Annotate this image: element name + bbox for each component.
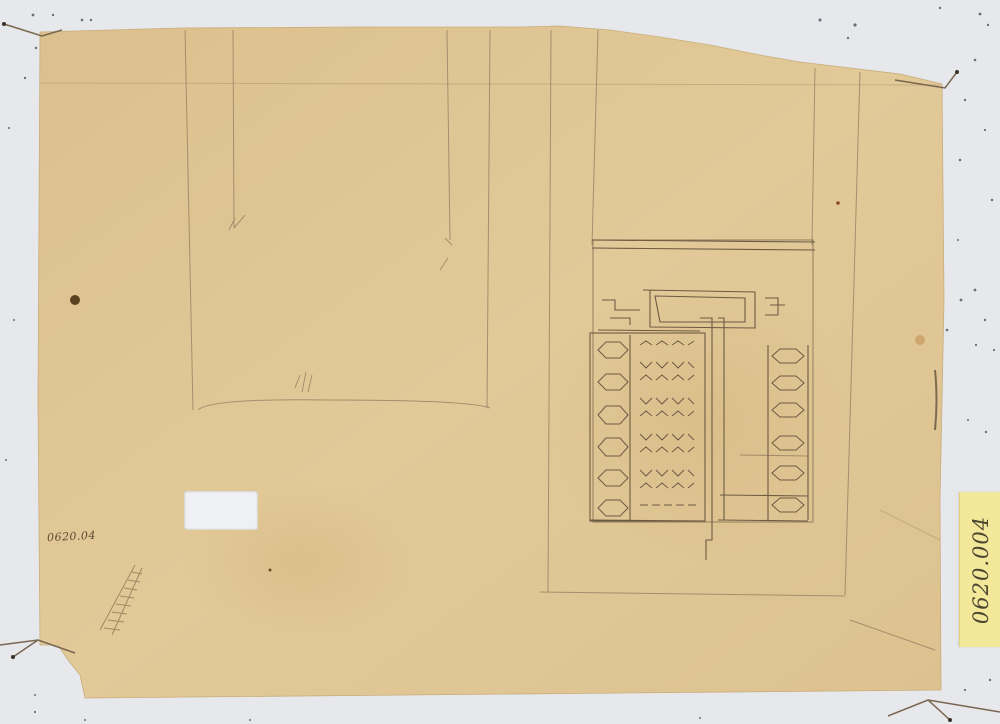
paper-cutout-hole xyxy=(184,491,258,530)
artwork-photograph: 0620.04 0620.004 xyxy=(0,0,1000,724)
pencil-inventory-number: 0620.04 xyxy=(47,529,97,545)
catalog-tag-number: 0620.004 xyxy=(969,515,993,623)
catalog-tag: 0620.004 xyxy=(959,492,1000,647)
drawing-sheet xyxy=(0,0,1000,724)
ink-spot xyxy=(70,295,80,305)
pin-bottom-right xyxy=(888,700,1000,720)
